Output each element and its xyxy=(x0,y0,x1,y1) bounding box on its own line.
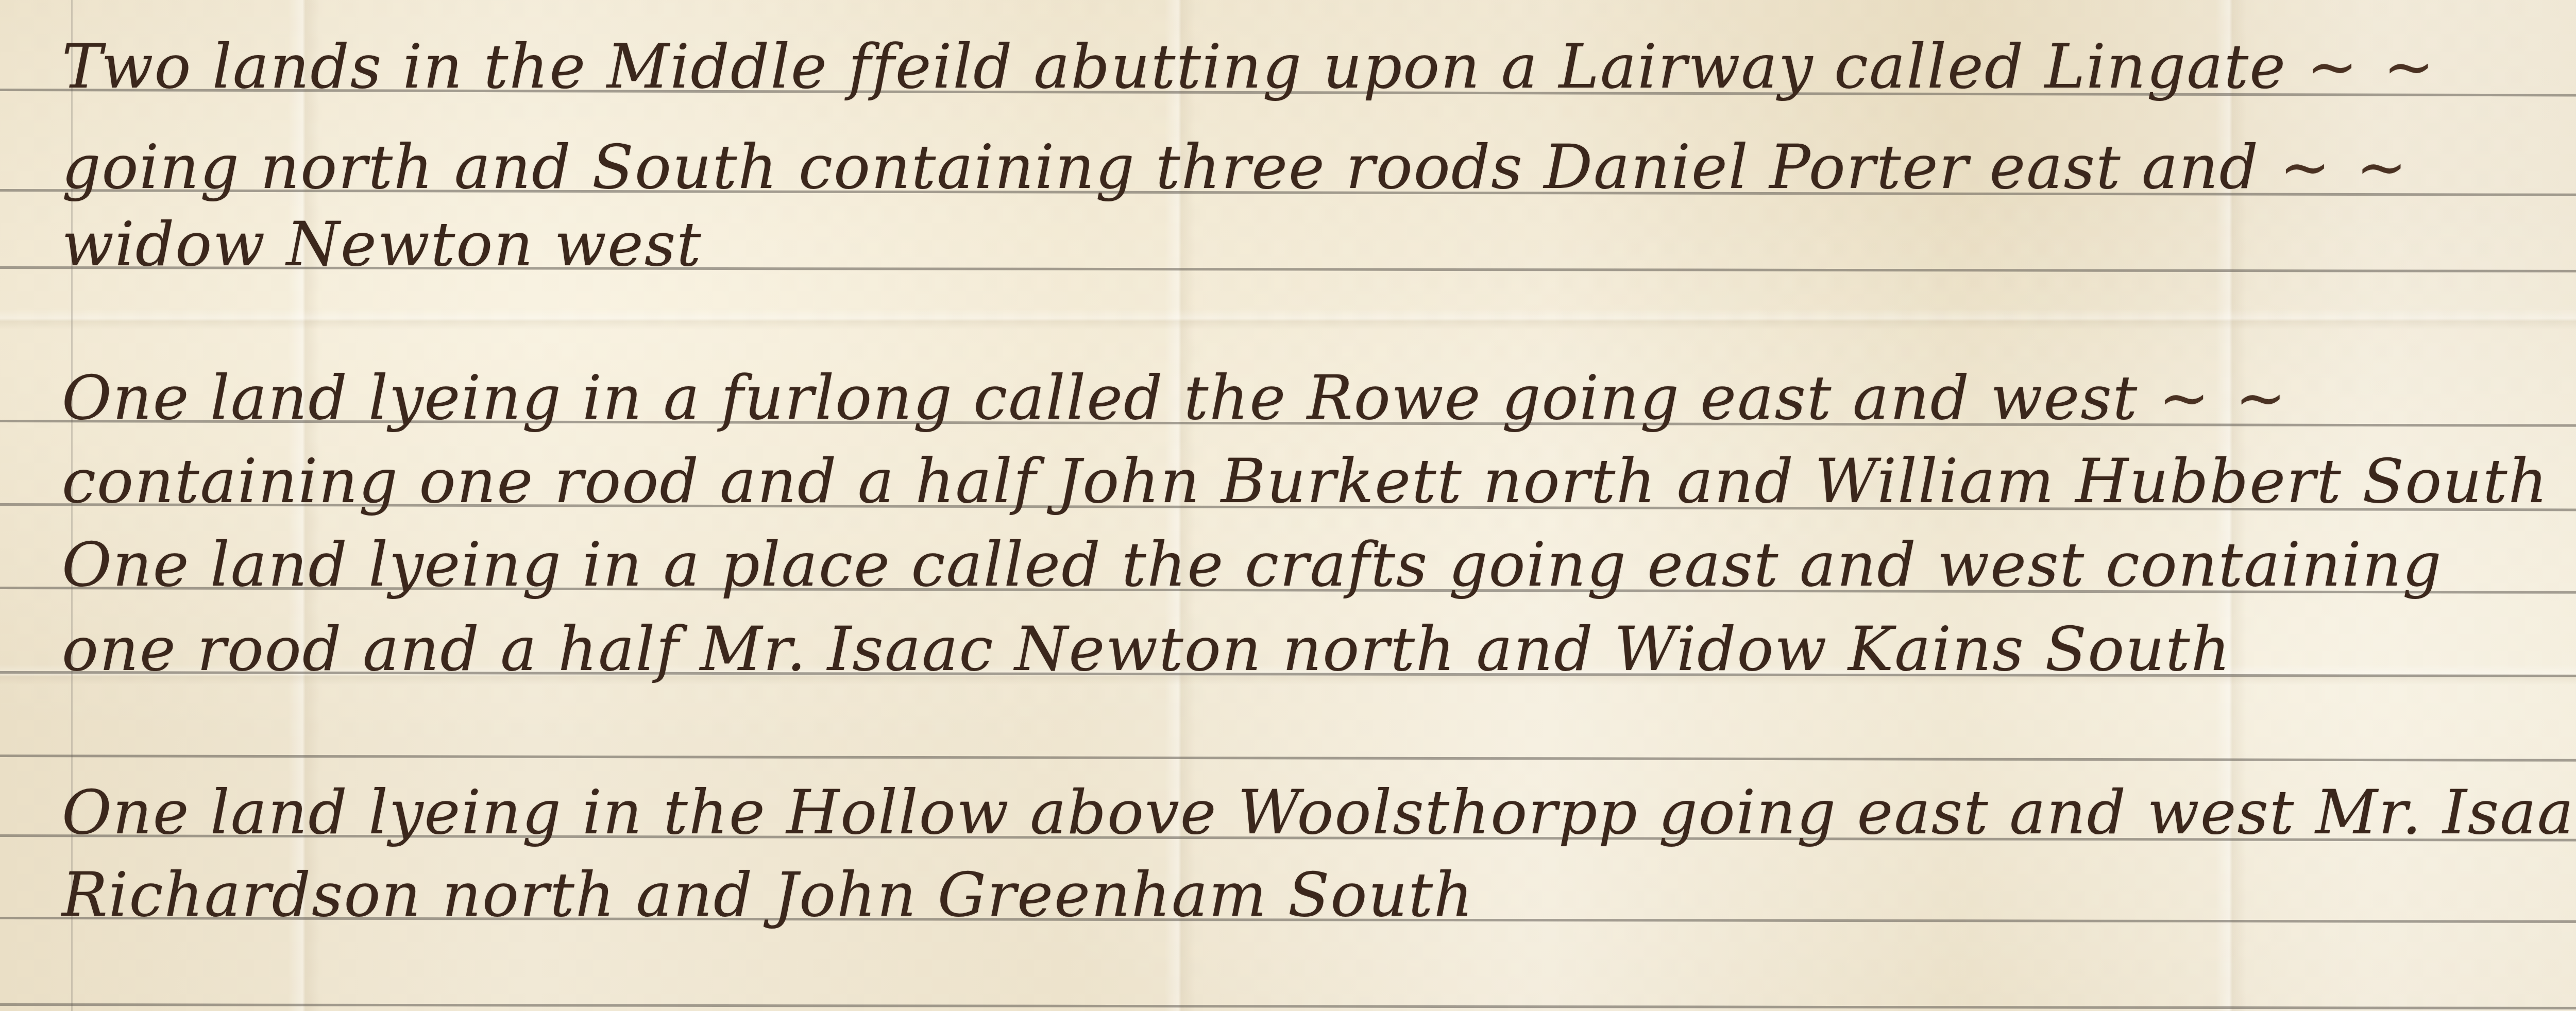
line-text: going north and South containing three r… xyxy=(62,131,2259,202)
fold-crease xyxy=(0,309,2576,330)
manuscript-line-8: One land lyeing in the Hollow above Wool… xyxy=(62,782,2576,843)
line-text: widow Newton west xyxy=(62,209,702,280)
manuscript-line-6: One land lyeing in a place called the cr… xyxy=(62,534,2443,595)
line-text: one rood and a half Mr. Isaac Newton nor… xyxy=(62,613,2231,684)
line-filler-flourish: ~ ~ xyxy=(2159,362,2289,433)
ruled-line xyxy=(0,1003,2576,1010)
manuscript-line-7: one rood and a half Mr. Isaac Newton nor… xyxy=(62,619,2231,679)
manuscript-line-1: Two lands in the Middle ffeild abutting … xyxy=(62,36,2437,97)
line-filler-flourish: ~ ~ xyxy=(2280,131,2410,202)
ruled-line xyxy=(0,755,2576,762)
line-text: Two lands in the Middle ffeild abutting … xyxy=(62,31,2286,102)
manuscript-page: Two lands in the Middle ffeild abutting … xyxy=(0,0,2576,1011)
manuscript-line-2: going north and South containing three r… xyxy=(62,136,2410,197)
manuscript-line-3: widow Newton west xyxy=(62,214,702,275)
line-text: One land lyeing in the Hollow above Wool… xyxy=(62,777,2576,848)
line-filler-flourish: ~ ~ xyxy=(2307,31,2437,102)
line-text: Richardson north and John Greenham South xyxy=(62,859,1474,930)
line-text: One land lyeing in a place called the cr… xyxy=(62,529,2443,600)
manuscript-line-9: Richardson north and John Greenham South xyxy=(62,864,1474,925)
line-text: containing one rood and a half John Burk… xyxy=(62,445,2549,517)
manuscript-line-4: One land lyeing in a furlong called the … xyxy=(62,367,2289,428)
manuscript-line-5: containing one rood and a half John Burk… xyxy=(62,451,2549,511)
line-text: One land lyeing in a furlong called the … xyxy=(62,362,2138,433)
